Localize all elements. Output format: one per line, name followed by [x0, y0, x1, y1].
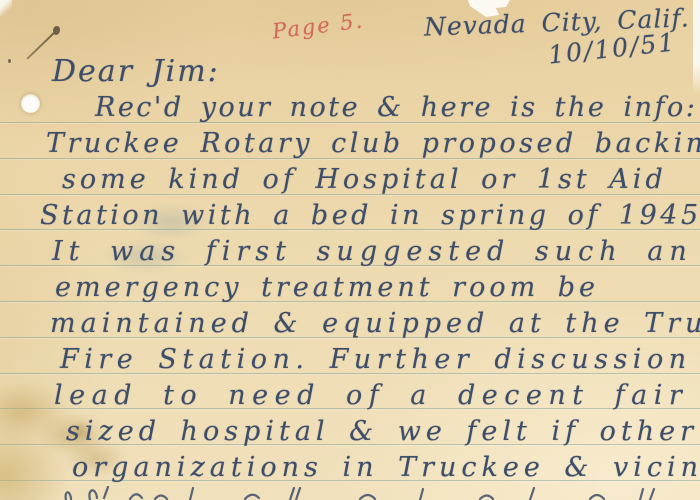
partial-cutoff-line-strokes: [60, 486, 660, 500]
letter-line: It was first suggested such an: [52, 236, 693, 267]
letter-line: emergency treatment room be: [55, 272, 599, 303]
letter-line: sized hospital & we felt if other: [66, 416, 698, 447]
paper-corner: [0, 0, 12, 16]
letter-line: organizations in Truckee & vicinity: [72, 452, 700, 483]
scratch-mark-head: [53, 26, 60, 35]
paper-speck: [8, 59, 11, 63]
letter-line: some kind of Hospital or 1st Aid: [62, 164, 667, 195]
letter-line: Rec'd your note & here is the info:: [95, 92, 697, 123]
letter-line: Fire Station. Further discussion: [60, 344, 692, 375]
letter-line: Truckee Rotary club proposed backing: [46, 128, 700, 159]
page-number-annotation: Page 5.: [271, 8, 366, 43]
punch-hole: [21, 94, 40, 113]
letter-line: Station with a bed in spring of 1945.: [40, 200, 700, 231]
letter-line: lead to need of a decent fair: [54, 380, 688, 411]
scanned-letter-page: Page 5. Nevada City, Calif. 10/10/51 Dea…: [0, 0, 700, 500]
salutation: Dear Jim:: [52, 54, 220, 89]
letter-line: maintained & equipped at the Truckee: [50, 308, 700, 339]
paper-edge: [693, 0, 700, 94]
